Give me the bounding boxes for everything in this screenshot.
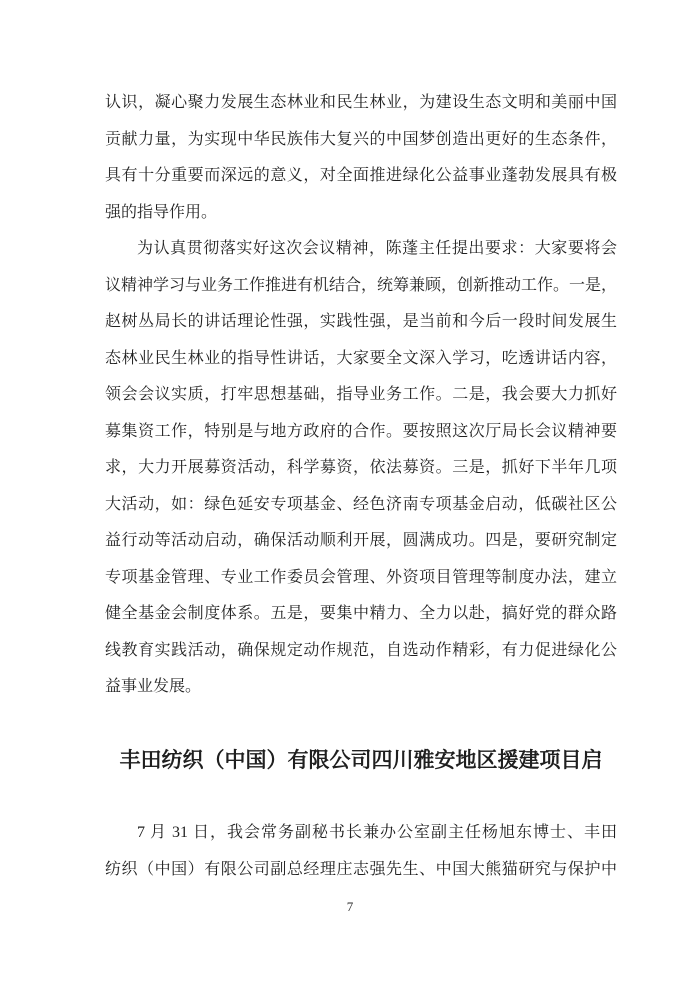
- text-line: 纺织（中国）有限公司副总经理庄志强先生、中国大熊猫研究与保护中: [105, 852, 617, 889]
- paragraph-3: 7 月 31 日，我会常务副秘书长兼办公室副主任杨旭东博士、丰田 纺织（中国）有…: [105, 815, 617, 888]
- text-line: 强的指导作用。: [105, 195, 617, 232]
- text-line: 益行动等活动启动，确保活动顺利开展，圆满成功。四是，要研究制定: [105, 523, 617, 560]
- document-page: 认识，凝心聚力发展生态林业和民生林业，为建设生态文明和美丽中国 贡献力量，为实现…: [0, 0, 700, 990]
- text-line: 具有十分重要而深远的意义，对全面推进绿化公益事业蓬勃发展具有极: [105, 158, 617, 195]
- text-line: 求，大力开展募资活动，科学募资，依法募资。三是，抓好下半年几项: [105, 450, 617, 487]
- text-line: 赵树丛局长的讲话理论性强，实践性强，是当前和今后一段时间发展生: [105, 304, 617, 341]
- text-line: 募集资工作，特别是与地方政府的合作。要按照这次厅局长会议精神要: [105, 414, 617, 451]
- text-line: 7 月 31 日，我会常务副秘书长兼办公室副主任杨旭东博士、丰田: [105, 815, 617, 852]
- text-line: 专项基金管理、专业工作委员会管理、外资项目管理等制度办法，建立: [105, 560, 617, 597]
- text-line: 益事业发展。: [105, 669, 617, 706]
- section-heading: 丰田纺织（中国）有限公司四川雅安地区援建项目启: [105, 742, 617, 779]
- text-line: 领会会议实质，打牢思想基础，指导业务工作。二是，我会要大力抓好: [105, 377, 617, 414]
- paragraph-1: 认识，凝心聚力发展生态林业和民生林业，为建设生态文明和美丽中国 贡献力量，为实现…: [105, 85, 617, 231]
- text-line: 健全基金会制度体系。五是，要集中精力、全力以赴，搞好党的群众路: [105, 596, 617, 633]
- paragraph-2: 为认真贯彻落实好这次会议精神，陈蓬主任提出要求：大家要将会 议精神学习与业务工作…: [105, 231, 617, 706]
- text-flow: 认识，凝心聚力发展生态林业和民生林业，为建设生态文明和美丽中国 贡献力量，为实现…: [105, 85, 617, 888]
- page-number: 7: [0, 897, 700, 917]
- text-line: 为认真贯彻落实好这次会议精神，陈蓬主任提出要求：大家要将会: [105, 231, 617, 268]
- text-line: 线教育实践活动，确保规定动作规范，自选动作精彩，有力促进绿化公: [105, 633, 617, 670]
- text-line: 认识，凝心聚力发展生态林业和民生林业，为建设生态文明和美丽中国: [105, 85, 617, 122]
- text-line: 态林业民生林业的指导性讲话，大家要全文深入学习，吃透讲话内容，: [105, 341, 617, 378]
- text-line: 议精神学习与业务工作推进有机结合，统筹兼顾，创新推动工作。一是，: [105, 268, 617, 305]
- text-line: 大活动，如：绿色延安专项基金、经色济南专项基金启动，低碳社区公: [105, 487, 617, 524]
- text-line: 贡献力量，为实现中华民族伟大复兴的中国梦创造出更好的生态条件，: [105, 122, 617, 159]
